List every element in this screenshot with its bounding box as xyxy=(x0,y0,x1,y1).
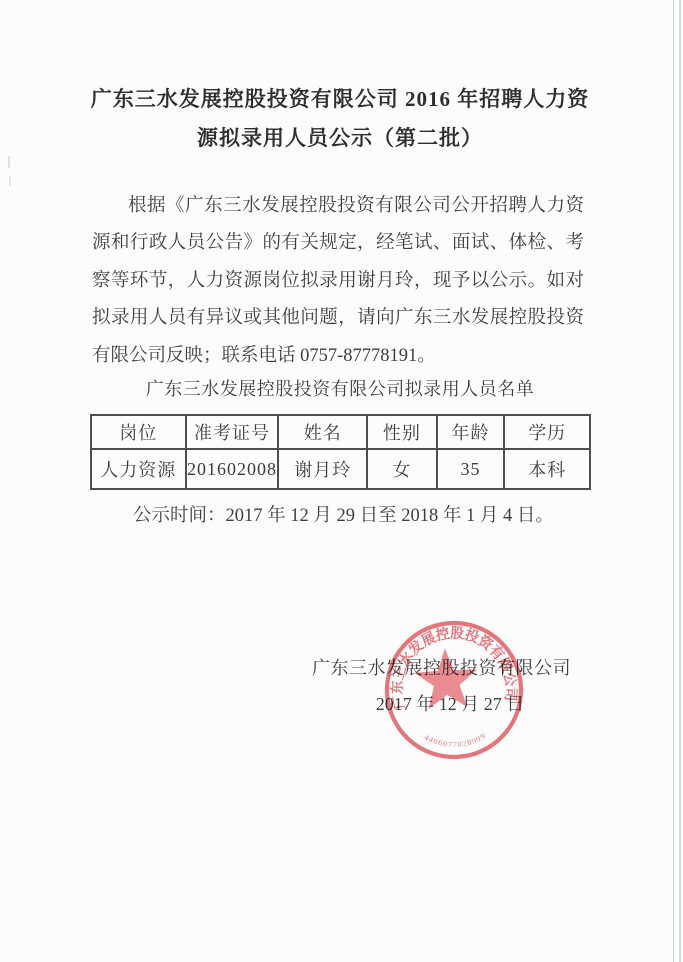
table-header-row: 岗位 准考证号 姓名 性别 年龄 学历 xyxy=(91,415,590,449)
scan-noise-mark xyxy=(8,156,10,168)
header-exam-number: 准考证号 xyxy=(186,415,279,449)
notice-period-line: 公示时间：2017 年 12 月 29 日至 2018 年 1 月 4 日。 xyxy=(133,503,554,529)
cell-gender: 女 xyxy=(367,449,437,489)
seal-serial-number: 4406077028999 xyxy=(422,729,488,751)
scan-edge-artifact xyxy=(673,0,674,962)
cell-age: 35 xyxy=(437,449,505,489)
cell-education: 本科 xyxy=(504,449,590,489)
scanned-document-page: 广东三水发展控股投资有限公司 2016 年招聘人力资 源拟录用人员公示（第二批）… xyxy=(0,0,683,962)
paragraph-line: 源和行政人员公告》的有关规定，经笔试、面试、体检、考 xyxy=(92,225,584,262)
cell-name: 谢月玲 xyxy=(278,449,367,489)
header-post: 岗位 xyxy=(91,415,186,449)
announcement-paragraph: 根据《广东三水发展控股投资有限公司公开招聘人力资 源和行政人员公告》的有关规定，… xyxy=(92,188,584,375)
header-education: 学历 xyxy=(504,415,590,449)
paragraph-line: 拟录用人员有异议或其他问题，请向广东三水发展控股投资 xyxy=(92,300,584,337)
seal-star-icon xyxy=(413,647,479,710)
header-age: 年龄 xyxy=(437,415,505,449)
table-row: 人力资源 201602008 谢月玲 女 35 本科 xyxy=(91,449,590,489)
document-title-line2: 源拟录用人员公示（第二批） xyxy=(40,119,640,158)
document-title: 广东三水发展控股投资有限公司 2016 年招聘人力资 源拟录用人员公示（第二批） xyxy=(40,80,640,158)
cell-post: 人力资源 xyxy=(91,449,186,489)
header-gender: 性别 xyxy=(367,415,437,449)
header-name: 姓名 xyxy=(278,415,367,449)
scan-noise-mark xyxy=(9,176,11,186)
scan-edge-artifact xyxy=(679,0,681,962)
roster-table-caption: 广东三水发展控股投资有限公司拟录用人员名单 xyxy=(40,375,640,401)
document-title-line1: 广东三水发展控股投资有限公司 2016 年招聘人力资 xyxy=(40,80,640,119)
cell-exam-number: 201602008 xyxy=(186,449,279,489)
company-seal-stamp-icon: 广东三水发展控股投资有限公司 4406077028999 xyxy=(370,606,538,774)
candidates-roster-table: 岗位 准考证号 姓名 性别 年龄 学历 人力资源 201602008 谢月玲 女… xyxy=(90,414,591,490)
paragraph-line: 有限公司反映；联系电话 0757-87778191。 xyxy=(92,338,584,375)
paragraph-line: 根据《广东三水发展控股投资有限公司公开招聘人力资 xyxy=(92,188,584,225)
paragraph-line: 察等环节，人力资源岗位拟录用谢月玲，现予以公示。如对 xyxy=(92,263,584,300)
